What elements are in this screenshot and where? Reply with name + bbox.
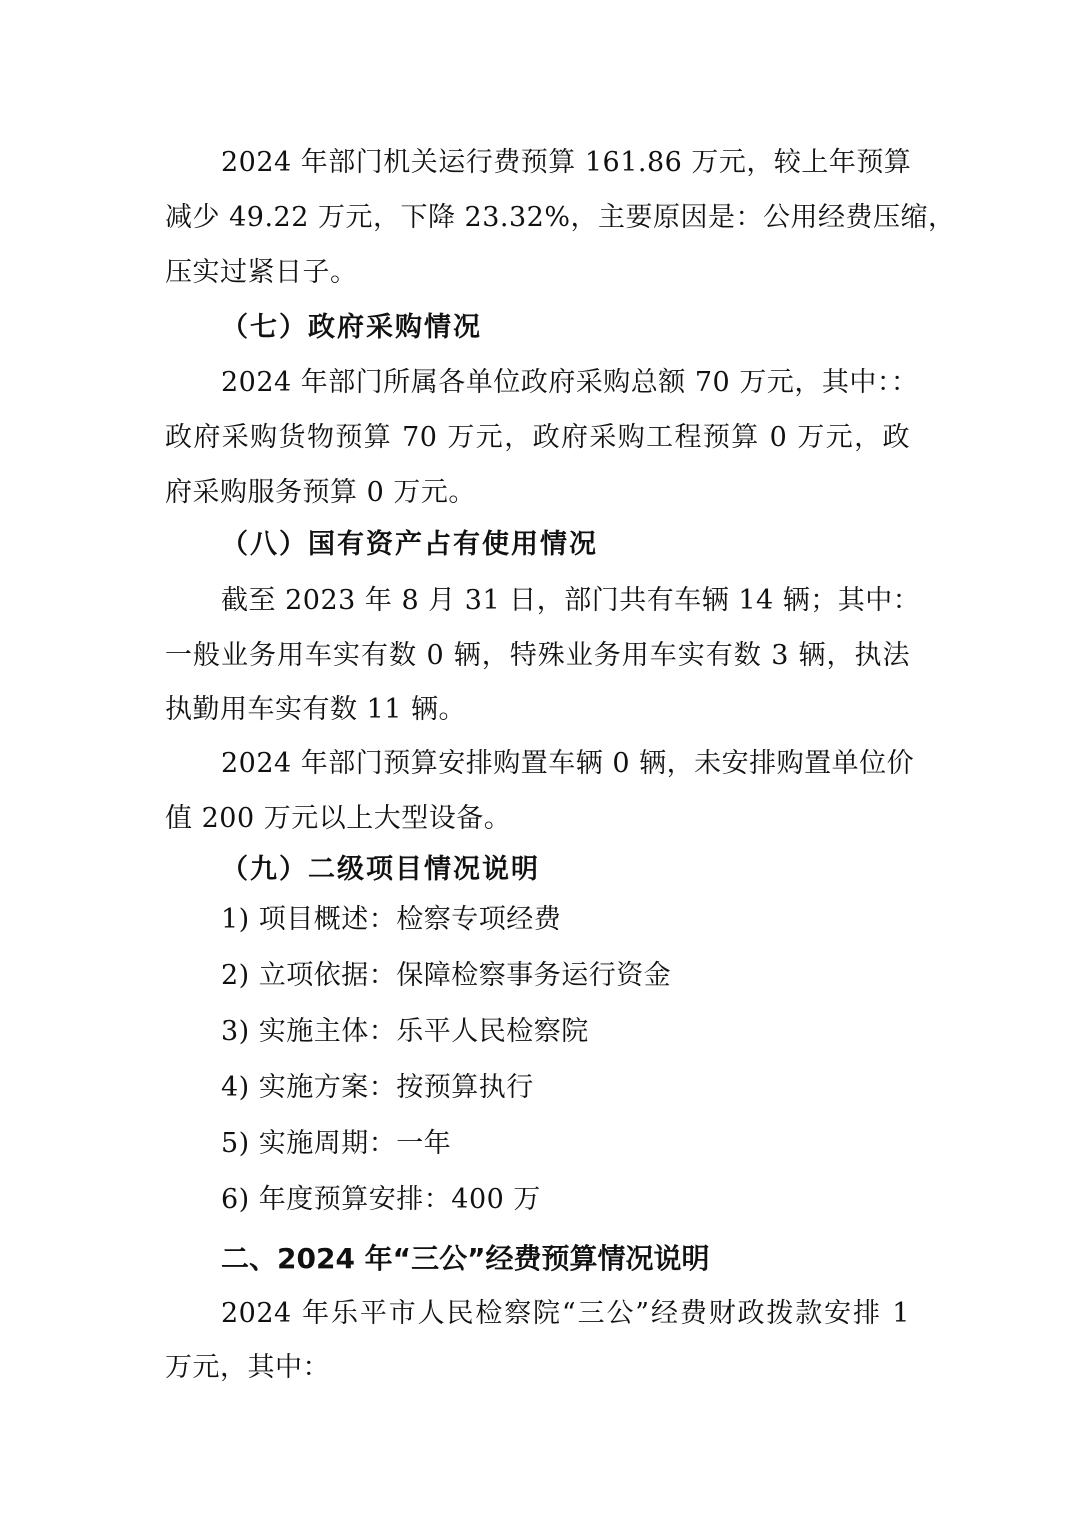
paragraph-line: 执勤用车实有数 11 辆。 bbox=[165, 692, 910, 728]
paragraph-line: 2024 年乐平市人民检察院“三公”经费财政拨款安排 1 bbox=[221, 1296, 910, 1332]
section-heading-state-assets: （八）国有资产占有使用情况 bbox=[221, 527, 598, 563]
paragraph-line: 减少 49.22 万元，下降 23.32%，主要原因是：公用经费压缩， bbox=[165, 200, 910, 236]
paragraph-line: 政府采购货物预算 70 万元，政府采购工程预算 0 万元，政 bbox=[165, 420, 910, 456]
paragraph-line: 2024 年部门所属各单位政府采购总额 70 万元，其中：： bbox=[221, 365, 910, 401]
paragraph-line: 2024 年部门机关运行费预算 161.86 万元，较上年预算 bbox=[221, 145, 910, 181]
paragraph-line: 截至 2023 年 8 月 31 日，部门共有车辆 14 辆；其中： bbox=[221, 583, 910, 619]
project-item-plan: 4) 实施方案：按预算执行 bbox=[221, 1070, 534, 1106]
section-heading-procurement: （七）政府采购情况 bbox=[221, 310, 482, 346]
section-heading-secondary-projects: （九）二级项目情况说明 bbox=[221, 852, 540, 888]
paragraph-line: 府采购服务预算 0 万元。 bbox=[165, 475, 910, 511]
document-page: 2024 年部门机关运行费预算 161.86 万元，较上年预算 减少 49.22… bbox=[0, 0, 1074, 1520]
project-item-period: 5) 实施周期：一年 bbox=[221, 1126, 451, 1162]
paragraph-line: 值 200 万元以上大型设备。 bbox=[165, 801, 910, 837]
project-item-budget: 6) 年度预算安排：400 万 bbox=[221, 1182, 541, 1218]
project-item-overview: 1) 项目概述：检察专项经费 bbox=[221, 902, 561, 938]
project-item-entity: 3) 实施主体：乐平人民检察院 bbox=[221, 1014, 589, 1050]
project-item-basis: 2) 立项依据：保障检察事务运行资金 bbox=[221, 958, 671, 994]
paragraph-line: 2024 年部门预算安排购置车辆 0 辆，未安排购置单位价 bbox=[221, 746, 910, 782]
paragraph-line: 压实过紧日子。 bbox=[165, 255, 910, 291]
paragraph-line: 一般业务用车实有数 0 辆，特殊业务用车实有数 3 辆，执法 bbox=[165, 638, 910, 674]
paragraph-line: 万元，其中： bbox=[165, 1350, 910, 1386]
part-heading-three-public-expenses: 二、2024 年“三公”经费预算情况说明 bbox=[221, 1240, 709, 1278]
